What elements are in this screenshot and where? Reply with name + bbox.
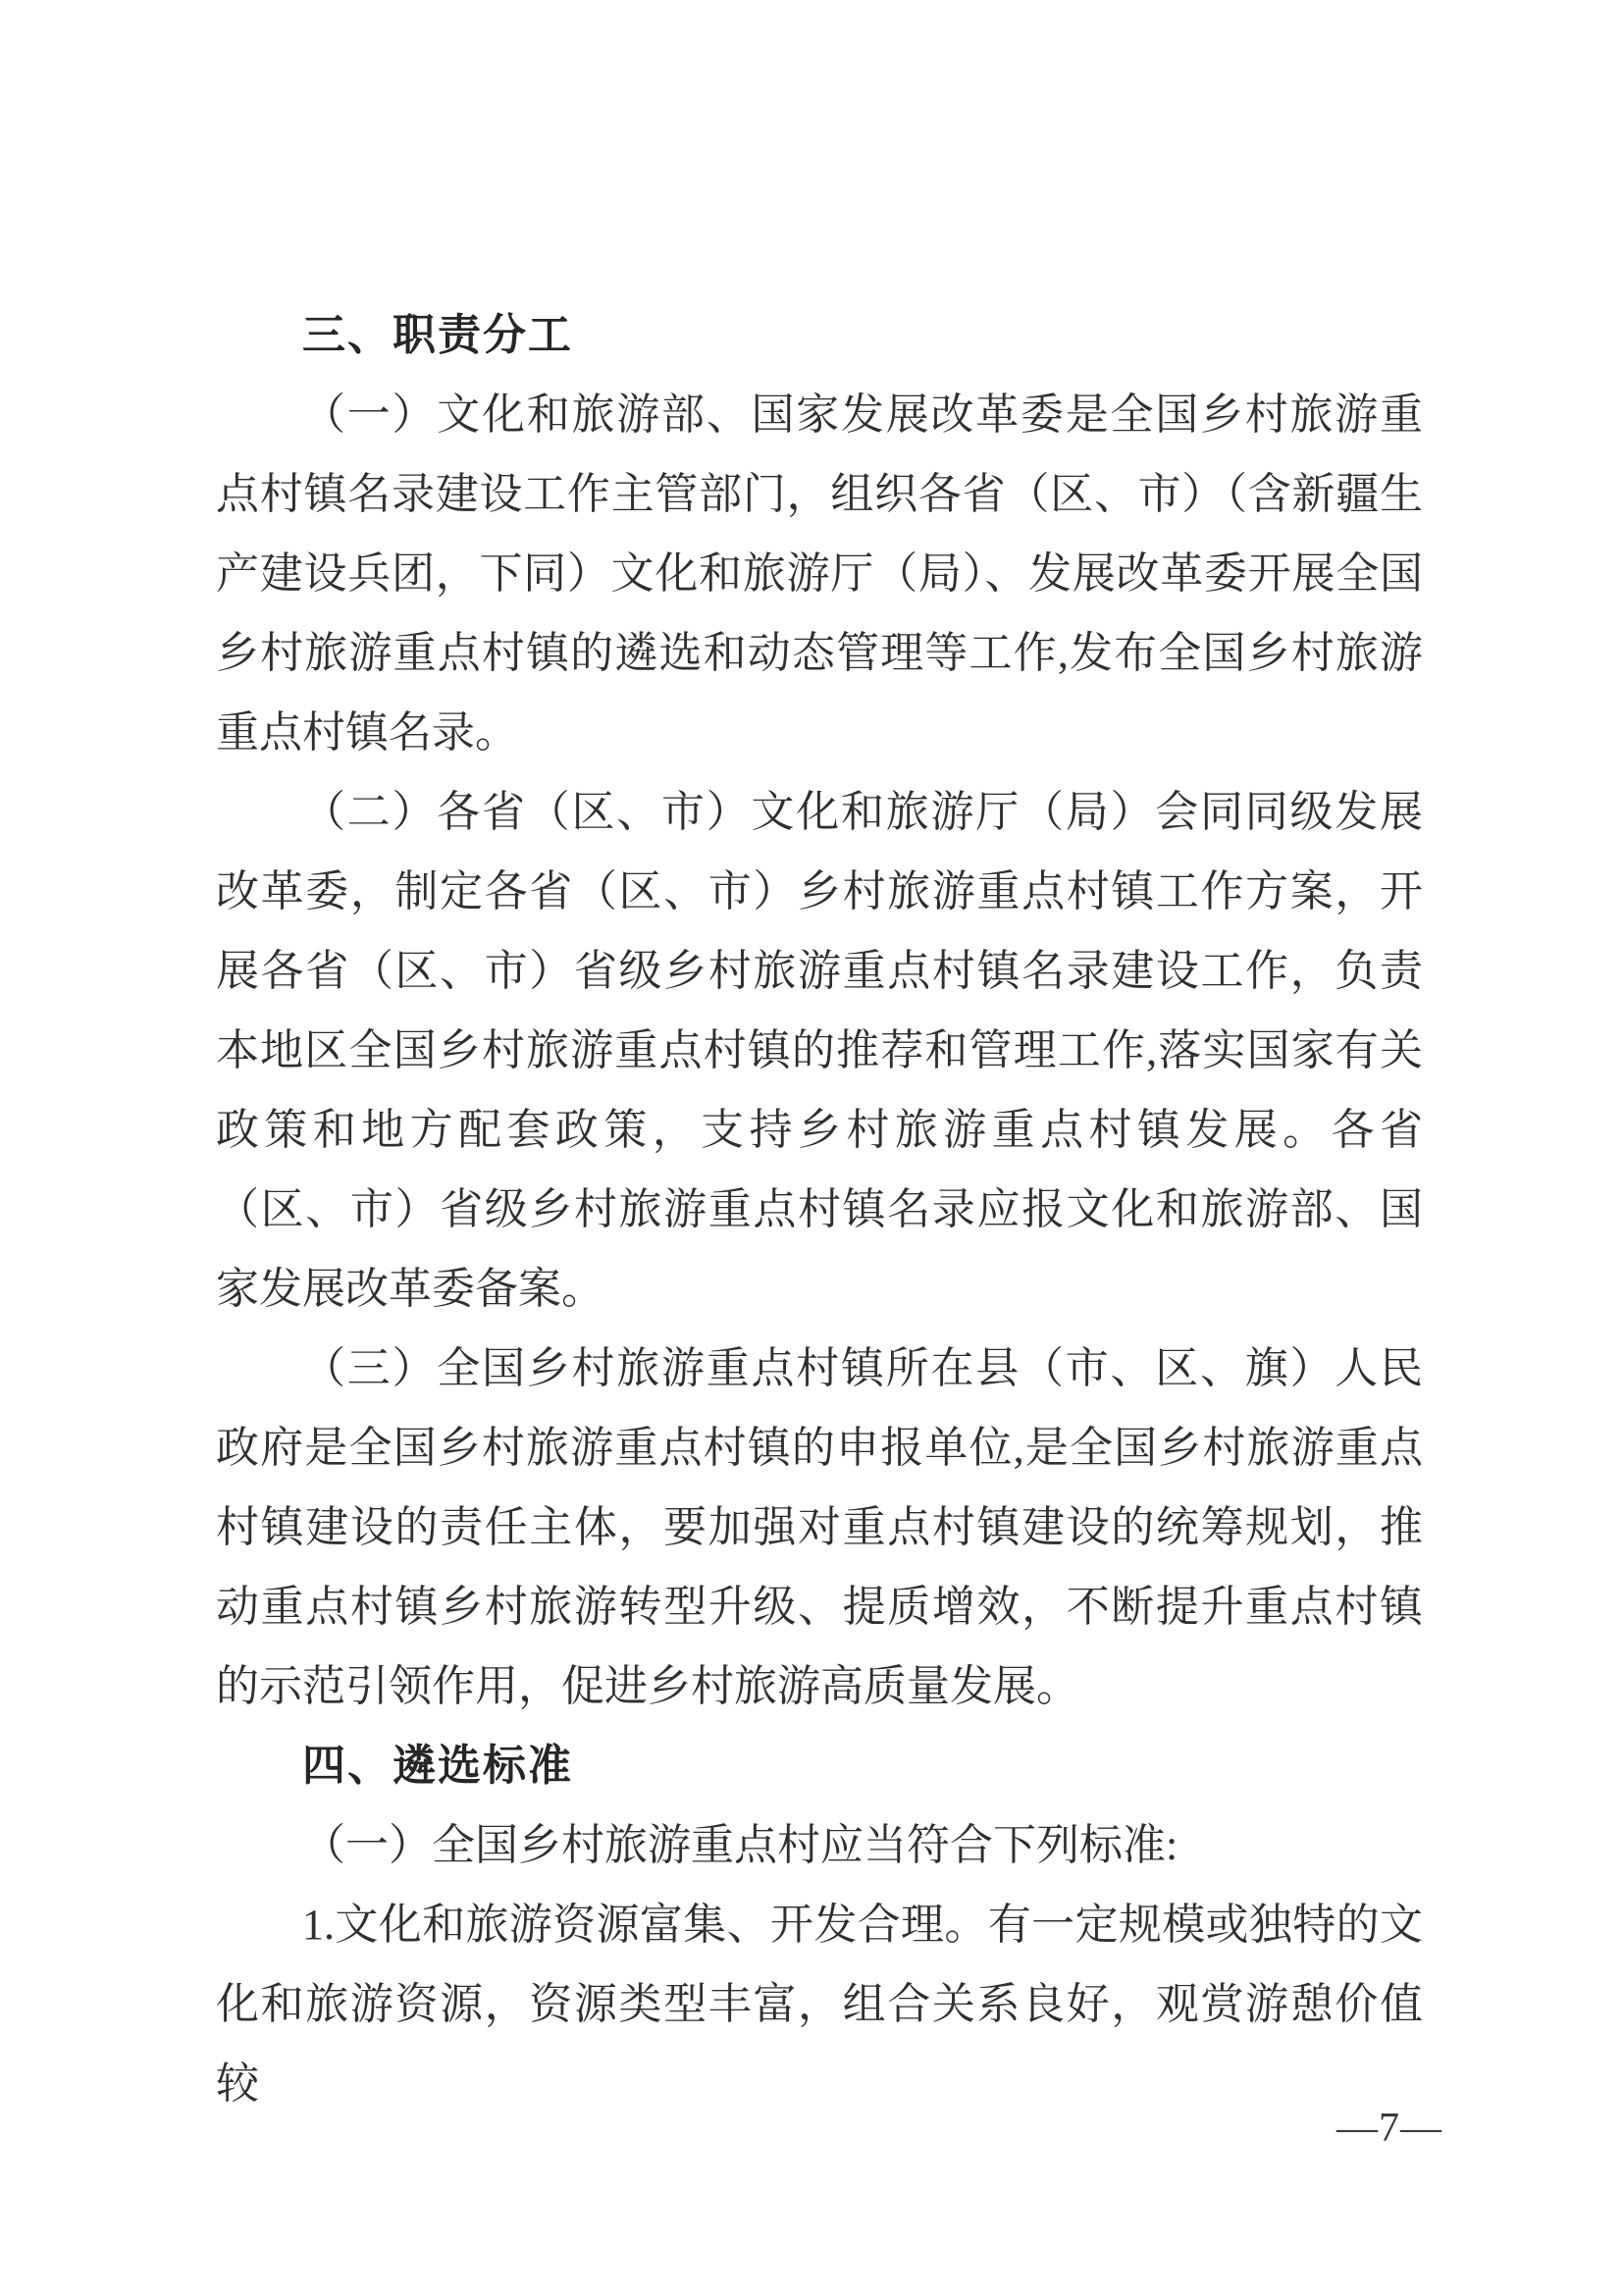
paragraph-duties-1: （一）文化和旅游部、国家发展改革委是全国乡村旅游重点村镇名录建设工作主管部门，组… [216,375,1423,772]
page-number: —7— [1336,2104,1442,2153]
document-body: 三、职责分工 （一）文化和旅游部、国家发展改革委是全国乡村旅游重点村镇名录建设工… [216,295,1423,2123]
section-heading-duties: 三、职责分工 [216,295,1423,375]
paragraph-duties-3: （三）全国乡村旅游重点村镇所在县（市、区、旗）人民政府是全国乡村旅游重点村镇的申… [216,1329,1423,1726]
paragraph-criteria-intro: （一）全国乡村旅游重点村应当符合下列标准: [216,1805,1423,1885]
paragraph-criteria-item-1: 1.文化和旅游资源富集、开发合理。有一定规模或独特的文化和旅游资源，资源类型丰富… [216,1885,1423,2123]
paragraph-duties-2: （二）各省（区、市）文化和旅游厅（局）会同同级发展改革委，制定各省（区、市）乡村… [216,772,1423,1329]
document-page: 三、职责分工 （一）文化和旅游部、国家发展改革委是全国乡村旅游重点村镇名录建设工… [0,0,1623,2296]
section-heading-criteria: 四、遴选标准 [216,1726,1423,1805]
